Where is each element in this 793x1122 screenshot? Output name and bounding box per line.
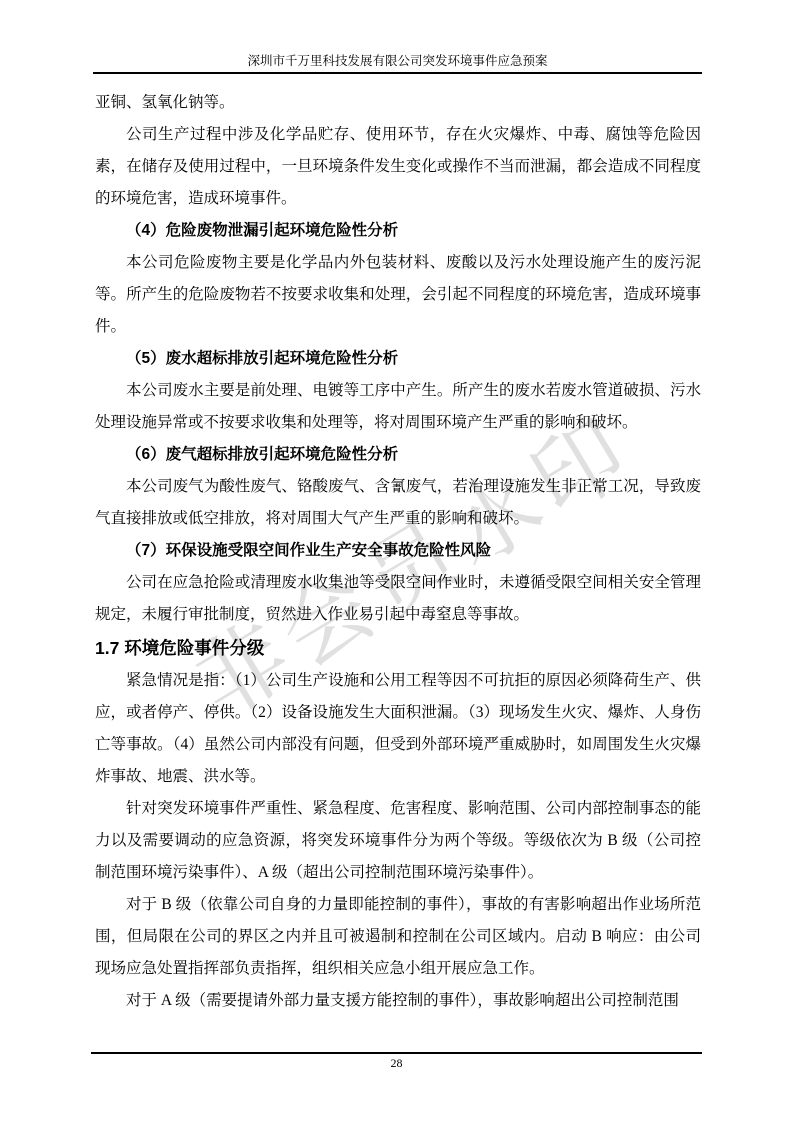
paragraph: 针对突发环境事件严重性、紧急程度、危害程度、影响范围、公司内部控制事态的能力以及… <box>95 793 701 889</box>
paragraph: 紧急情况是指：（1）公司生产设施和公用工程等因不可抗拒的原因必须降荷生产、供应，… <box>95 665 701 793</box>
paragraph: 公司生产过程中涉及化学品贮存、使用环节，存在火灾爆炸、中毒、腐蚀等危险因素，在储… <box>95 119 701 215</box>
paragraph: 公司在应急抢险或清理废水收集池等受限空间作业时，未遵循受限空间相关安全管理规定，… <box>95 567 701 631</box>
page-number: 28 <box>91 1056 702 1070</box>
sub-heading-4: （4）危险废物泄漏引起环境危险性分析 <box>95 215 701 247</box>
sub-heading-7: （7）环保设施受限空间作业生产安全事故危险性风险 <box>95 535 701 567</box>
sub-heading-6: （6）废气超标排放引起环境危险性分析 <box>95 439 701 471</box>
section-heading-1-7: 1.7 环境危险事件分级 <box>95 631 701 665</box>
page-header: 深圳市千万里科技发展有限公司突发环境事件应急预案 <box>93 54 702 74</box>
header-title: 深圳市千万里科技发展有限公司突发环境事件应急预案 <box>93 54 702 69</box>
paragraph: 对于 B 级（依靠公司自身的力量即能控制的事件），事故的有害影响超出作业场所范围… <box>95 889 701 985</box>
paragraph: 亚铜、氢氧化钠等。 <box>95 87 701 119</box>
paragraph: 本公司废气为酸性废气、铬酸废气、含氰废气，若治理设施发生非正常工况，导致废气直接… <box>95 471 701 535</box>
paragraph: 对于 A 级（需要提请外部力量支援方能控制的事件），事故影响超出公司控制范围 <box>95 985 701 1017</box>
document-page: 非会员水印 深圳市千万里科技发展有限公司突发环境事件应急预案 亚铜、氢氧化钠等。… <box>0 0 793 1122</box>
page-footer: 28 <box>91 1052 702 1070</box>
sub-heading-5: （5）废水超标排放引起环境危险性分析 <box>95 343 701 375</box>
page-body: 亚铜、氢氧化钠等。 公司生产过程中涉及化学品贮存、使用环节，存在火灾爆炸、中毒、… <box>95 87 701 1017</box>
paragraph: 本公司危险废物主要是化学品内外包装材料、废酸以及污水处理设施产生的废污泥等。所产… <box>95 247 701 343</box>
paragraph: 本公司废水主要是前处理、电镀等工序中产生。所产生的废水若废水管道破损、污水处理设… <box>95 375 701 439</box>
